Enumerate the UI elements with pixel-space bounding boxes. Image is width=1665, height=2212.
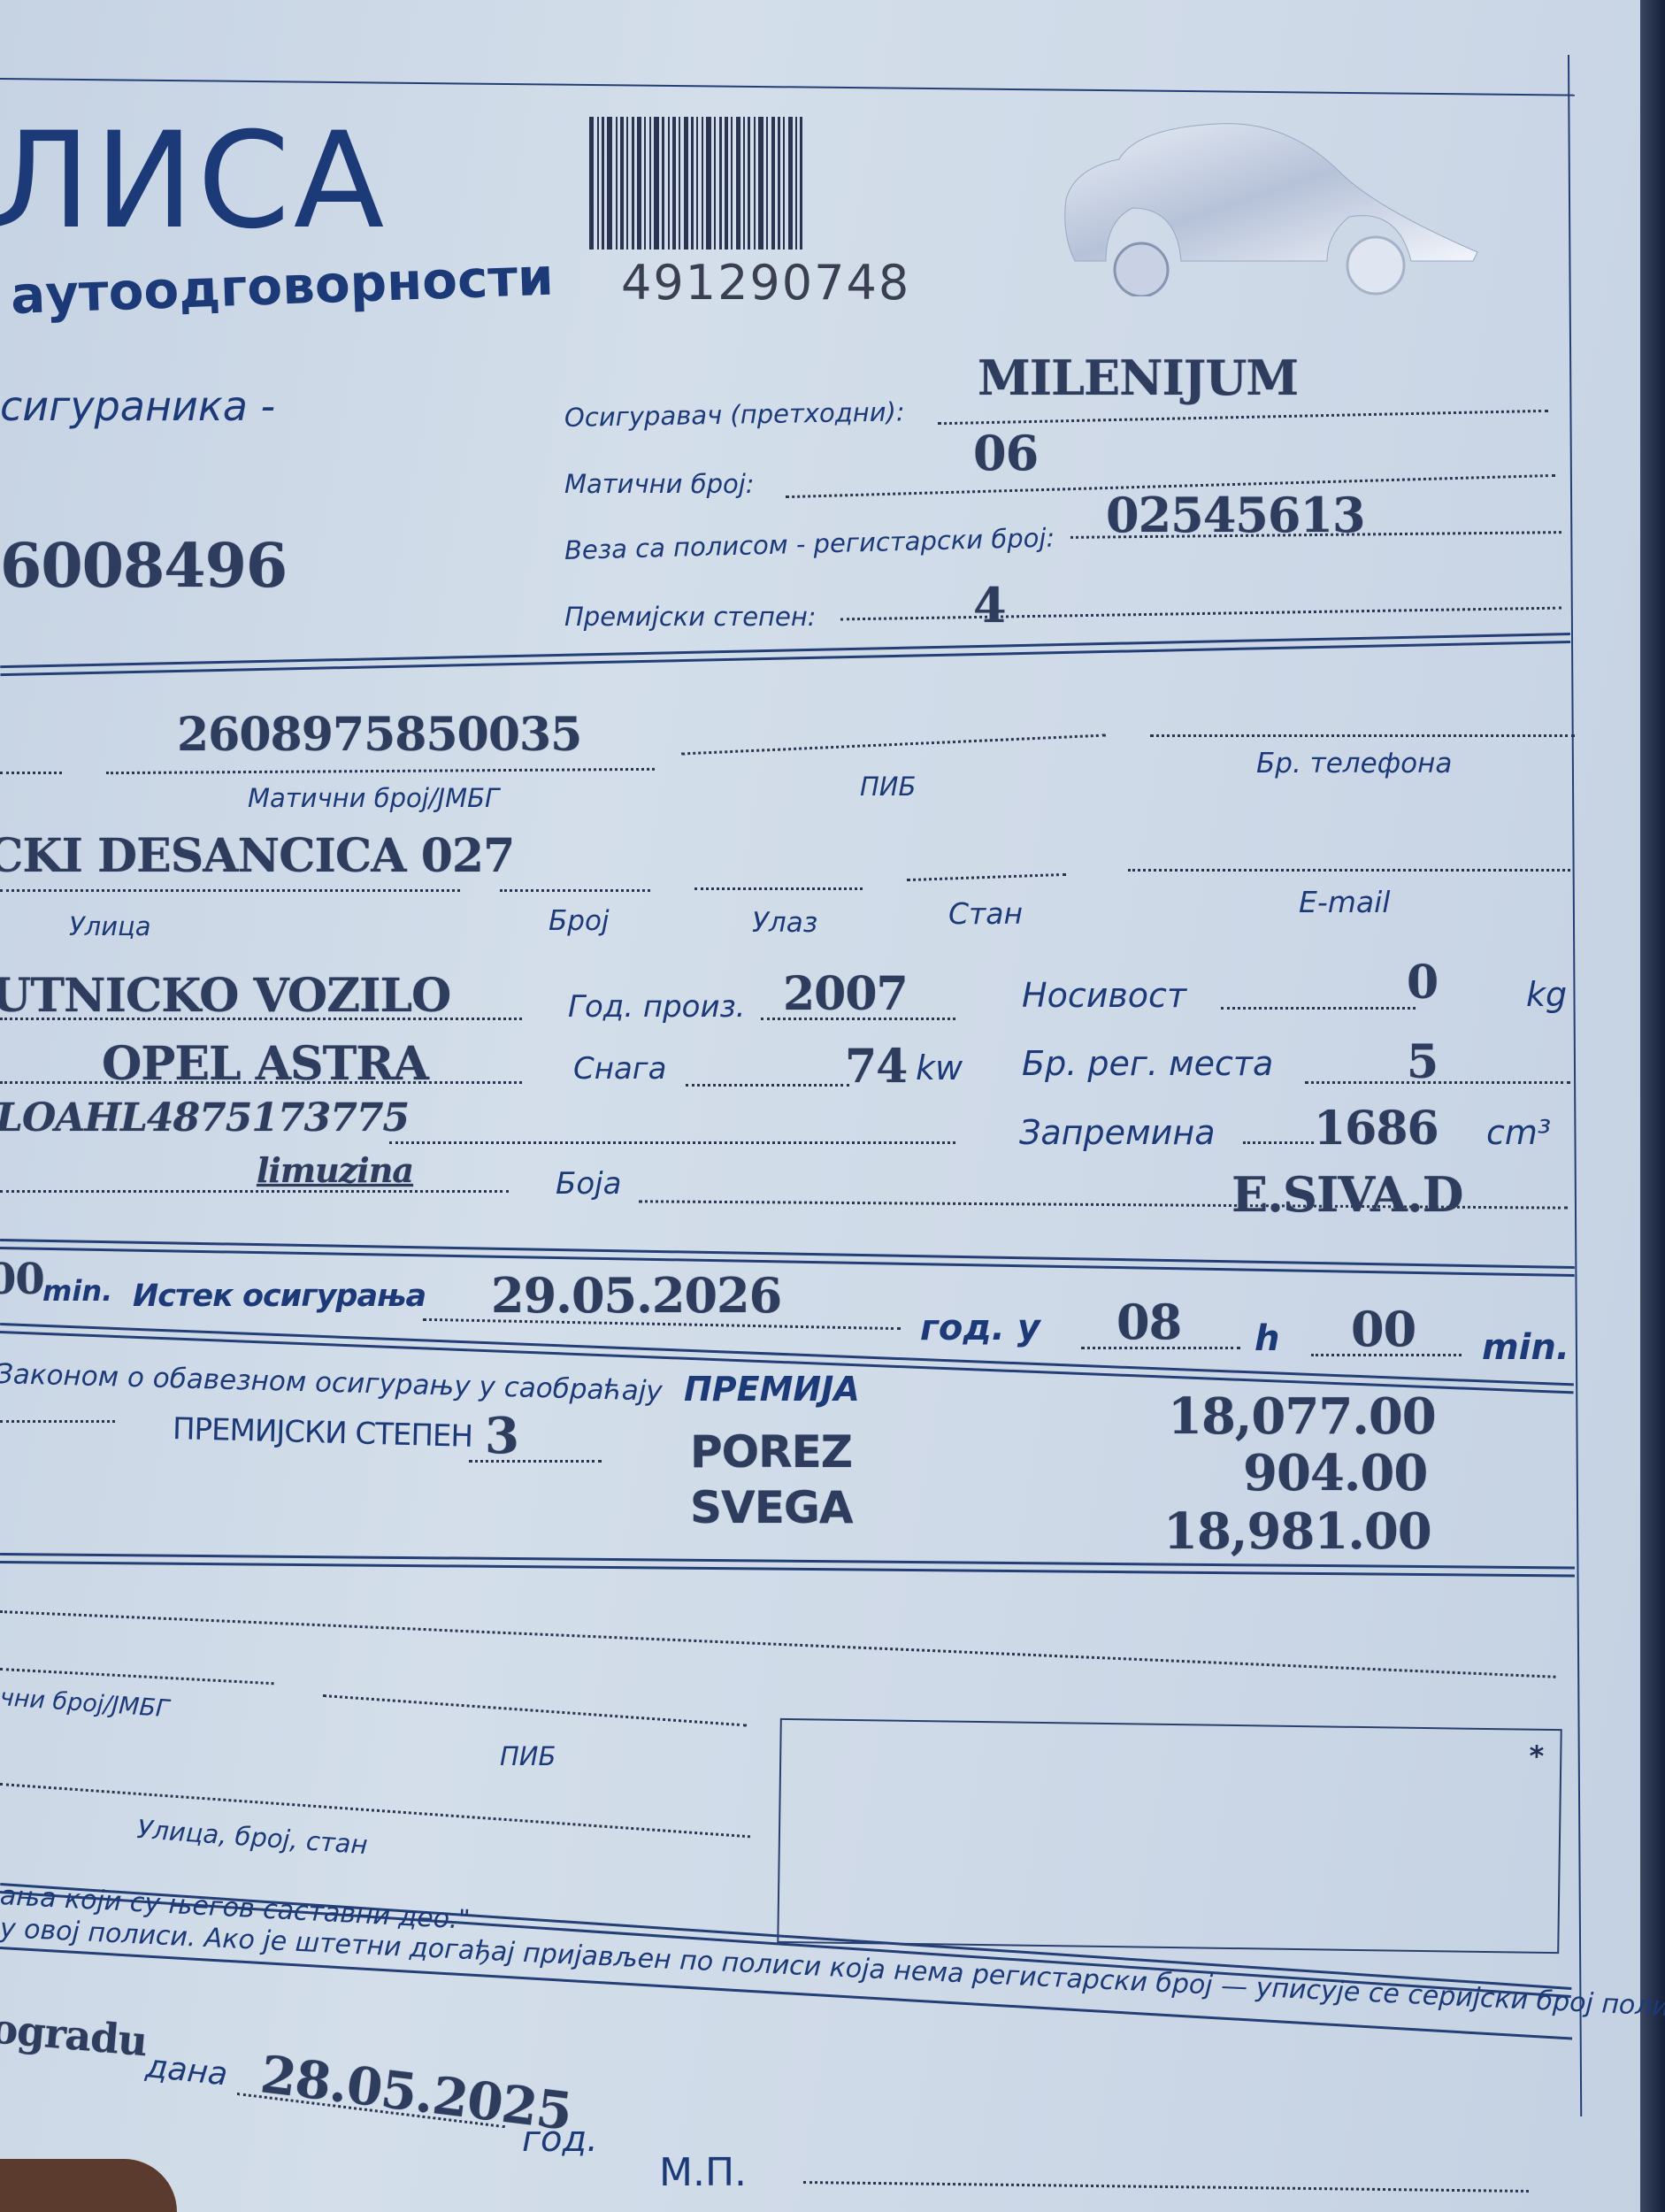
minute-value[interactable]: 00 — [1351, 1301, 1416, 1357]
barcode-bar — [602, 117, 604, 250]
email-dots — [1128, 869, 1570, 872]
barcode — [589, 117, 806, 250]
policy-link-value[interactable]: 02545613 — [1106, 487, 1365, 543]
jmbg-dots — [106, 768, 655, 774]
make-dots — [0, 1081, 522, 1084]
insured-pib-label: ПИБ — [860, 772, 916, 802]
day-label: дана — [144, 2048, 229, 2093]
barcode-bar — [597, 117, 599, 250]
year-label: Год. произ. — [568, 989, 745, 1025]
premium-grade-value[interactable]: 4 — [973, 577, 1006, 634]
expiry-label: Истек осигурања — [133, 1279, 426, 1314]
street-label: Улица — [69, 911, 151, 941]
law-text: Законом о обавезном осигурању у саобраћа… — [0, 1358, 663, 1408]
barcode-bar — [719, 117, 722, 250]
power-dots — [686, 1084, 849, 1087]
premium-row-value: 18,077.00 — [1168, 1387, 1436, 1446]
contractor-jmbg-dots — [0, 1668, 274, 1685]
minute-label: min. — [1482, 1327, 1569, 1368]
phone-dots — [1150, 734, 1575, 737]
contractor-pib-label: ПИБ — [500, 1741, 556, 1771]
stamp-box: * — [777, 1718, 1561, 1954]
barcode-bar — [766, 117, 768, 250]
barcode-bar — [649, 117, 651, 250]
barcode-bar — [714, 117, 716, 250]
asterisk-marker: * — [1529, 1740, 1544, 1773]
barcode-bar — [731, 117, 733, 250]
start-min-value[interactable]: 00 — [0, 1255, 44, 1304]
email-label: E-mail — [1299, 885, 1390, 919]
barcode-bar — [783, 117, 785, 250]
barcode-bar — [684, 117, 688, 250]
section-divider-1 — [0, 633, 1570, 676]
stamp-label: М.П. — [659, 2150, 747, 2195]
payload-value[interactable]: 0 — [1407, 956, 1438, 1010]
number-dots — [500, 889, 650, 892]
volume-label: Запремина — [1019, 1113, 1216, 1152]
entrance-dots — [694, 887, 863, 890]
insured-jmbg-label: Матични број/ЈМБГ — [248, 783, 499, 813]
barcode-bar — [725, 117, 728, 250]
hour-label: h — [1255, 1318, 1279, 1359]
barcode-bar — [691, 117, 694, 250]
power-label: Снага — [573, 1051, 667, 1087]
barcode-bar — [706, 117, 711, 250]
prev-insurer-value[interactable]: MILENIJUM — [978, 349, 1298, 406]
barcode-bar — [637, 117, 641, 250]
power-unit: kw — [916, 1048, 963, 1087]
frame-right-line — [1568, 55, 1582, 2116]
insured-phone-label: Бр. телефона — [1256, 748, 1452, 780]
frame-top-line — [0, 78, 1575, 96]
reg-number-value[interactable]: 06 — [973, 425, 1038, 481]
contractor-jmbg-label: чни број/ЈМБГ — [0, 1684, 170, 1723]
barcode-bar — [626, 117, 628, 250]
barcode-bar — [758, 117, 763, 250]
type-dots — [0, 1018, 522, 1020]
hour-value[interactable]: 08 — [1116, 1294, 1181, 1350]
barcode-bar — [607, 117, 612, 250]
premium-row-label: ПРЕМИЈА — [684, 1370, 860, 1409]
policy-number: 6008496 — [0, 531, 287, 602]
barcode-bar — [788, 117, 793, 250]
premium-row-value: 18,981.00 — [1163, 1502, 1431, 1561]
barcode-bar — [662, 117, 664, 250]
prev-insurer-dots — [938, 410, 1548, 425]
contractor-address-dots — [0, 1783, 750, 1838]
contractor-pib-dots — [323, 1694, 747, 1726]
insured-street-value[interactable]: CKI DESANCICA 027 — [0, 829, 514, 883]
seats-label: Бр. рег. места — [1022, 1044, 1273, 1083]
background-edge — [1640, 0, 1665, 2212]
insured-jmbg-value[interactable]: 2608975850035 — [177, 708, 581, 762]
entrance-label: Улаз — [752, 907, 817, 939]
year-suffix-label: год. — [522, 2119, 598, 2160]
vin-value[interactable]: LOAHL4875173775 — [0, 1095, 409, 1141]
premium-row-value: 904.00 — [1243, 1444, 1427, 1502]
background-table — [0, 2159, 177, 2212]
start-min-label: min. — [42, 1274, 112, 1308]
barcode-bar — [795, 117, 797, 250]
barcode-bar — [696, 117, 698, 250]
premium-row-label: POREZ — [690, 1426, 852, 1478]
document-title: ЛИСА — [0, 115, 387, 248]
street-dots — [0, 889, 460, 892]
barcode-bar — [679, 117, 680, 250]
premium-row-label: SVEGA — [690, 1482, 853, 1533]
year-at-label: год. у — [920, 1308, 1040, 1348]
policy-link-label: Веза са полисом - регистарски број: — [564, 522, 1055, 565]
volume-value[interactable]: 1686 — [1314, 1102, 1439, 1156]
barcode-bar — [754, 117, 756, 250]
insured-label: сигураника - — [0, 382, 275, 430]
volume-unit: cm³ — [1486, 1113, 1551, 1152]
pib-dots — [681, 734, 1106, 756]
barcode-bar — [778, 117, 780, 250]
barcode-bar — [620, 117, 624, 250]
barcode-bar — [654, 117, 659, 250]
barcode-bar — [748, 117, 750, 250]
barcode-bar — [743, 117, 745, 250]
dots — [0, 772, 62, 774]
barcode-bar — [672, 117, 676, 250]
reg-number-label: Матични број: — [564, 469, 755, 499]
payload-unit: kg — [1526, 975, 1567, 1014]
barcode-bar — [589, 117, 594, 250]
place-value[interactable]: ogradu — [0, 2004, 149, 2065]
seats-value[interactable]: 5 — [1407, 1035, 1438, 1089]
barcode-bar — [644, 117, 646, 250]
color-label: Боја — [556, 1166, 621, 1202]
barcode-bar — [771, 117, 775, 250]
law-dots — [0, 1420, 115, 1423]
barcode-bar — [632, 117, 634, 250]
year-value[interactable]: 2007 — [783, 967, 908, 1021]
barcode-bar — [800, 117, 802, 250]
prev-insurer-label: Осигуравач (претходни): — [564, 396, 905, 433]
barcode-bar — [616, 117, 618, 250]
premium-grade-dots — [840, 607, 1561, 621]
apartment-dots — [907, 873, 1066, 881]
number-label: Број — [549, 905, 610, 937]
vin-dots — [389, 1141, 955, 1144]
document-subtitle: аутоодговорности — [10, 247, 555, 326]
color-value[interactable]: E.SIVA.D — [1231, 1166, 1462, 1223]
body-dots — [0, 1190, 509, 1193]
premium-grade-label: Премијски степен: — [564, 602, 817, 632]
contractor-name-dots — [0, 1610, 1556, 1678]
body-type-value[interactable]: limuzina — [257, 1150, 413, 1190]
volume-dots — [1243, 1141, 1314, 1144]
premium-grade-label-2: ПРЕМИЈСКИ СТЕПЕН — [172, 1411, 472, 1455]
expiry-date-value[interactable]: 29.05.2026 — [491, 1267, 781, 1324]
premium-grade-value-2[interactable]: 3 — [485, 1407, 518, 1465]
payload-label: Носивост — [1022, 976, 1186, 1015]
vehicle-type-value[interactable]: UTNICKO VOZILO — [0, 969, 450, 1023]
signature-dots — [803, 2181, 1529, 2193]
section-divider-2 — [0, 1239, 1575, 1277]
car-hologram-icon — [1057, 119, 1491, 296]
barcode-bar — [736, 117, 740, 250]
power-value[interactable]: 74 — [845, 1040, 907, 1094]
barcode-bar — [702, 117, 703, 250]
payload-dots — [1221, 1007, 1416, 1010]
contractor-address-label: Улица, број, стан — [136, 1814, 369, 1860]
barcode-number: 491290748 — [621, 255, 910, 311]
apartment-label: Стан — [948, 896, 1023, 931]
barcode-bar — [668, 117, 670, 250]
